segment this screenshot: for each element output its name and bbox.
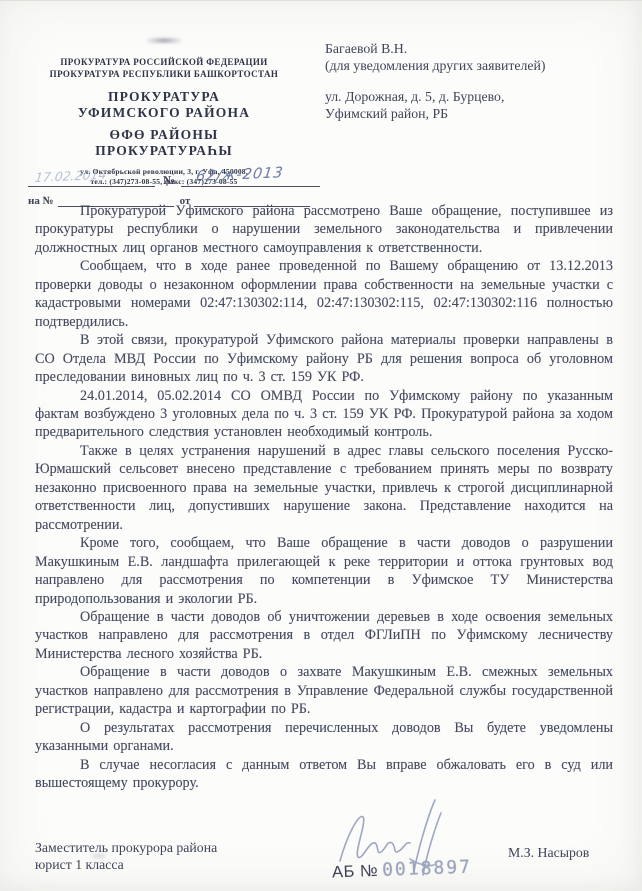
signatory-position: Заместитель прокурора района юрист 1 кла… xyxy=(35,839,217,873)
paragraph: 24.01.2014, 05.02.2014 СО ОМВД России по… xyxy=(35,387,613,442)
paragraph: Обращение в части доводов о захвате Маку… xyxy=(35,663,613,718)
handwritten-number: 62/ж-2013 xyxy=(195,165,285,185)
letterhead: ПРОКУРАТУРА РОССИЙСКОЙ ФЕДЕРАЦИИ ПРОКУРА… xyxy=(26,37,302,187)
outgoing-ref-row: 17.02.2014 № 62/ж-2013 xyxy=(28,167,320,187)
recipient-name: Багаевой В.Н. xyxy=(325,41,615,58)
title-ba-line-1: ӨФӨ РАЙОНЫ xyxy=(26,127,302,143)
scan-smudge xyxy=(92,853,106,859)
org-line-2: ПРОКУРАТУРА РЕСПУБЛИКИ БАШКОРТОСТАН xyxy=(26,69,302,81)
handwritten-date: 17.02.2014 xyxy=(34,167,107,185)
paragraph: В случае несогласия с данным ответом Вы … xyxy=(35,756,613,793)
recipient-note: (для уведомления других заявителей) xyxy=(325,58,615,75)
paragraph: Обращение в части доводов об уничтожении… xyxy=(35,608,613,663)
date-underline: 17.02.2014 xyxy=(28,168,155,187)
number-sign: № xyxy=(163,173,175,187)
recipient-block: Багаевой В.Н. (для уведомления других за… xyxy=(325,41,615,122)
recipient-address-1: ул. Дорожная, д. 5, д. Бурцево, xyxy=(325,89,615,106)
paragraph: О результатах рассмотрения перечисленных… xyxy=(35,719,613,756)
scanned-letter-page: ПРОКУРАТУРА РОССИЙСКОЙ ФЕДЕРАЦИИ ПРОКУРА… xyxy=(0,0,642,891)
paragraph: В этой связи, прокуратурой Уфимского рай… xyxy=(35,331,613,386)
paragraph: Кроме того, сообщаем, что Ваше обращение… xyxy=(35,534,613,608)
signatory-position-line-2: юрист 1 класса xyxy=(35,856,217,873)
signatory-name: М.З. Насыров xyxy=(508,845,589,861)
stamp-number: 0018897 xyxy=(382,857,473,881)
number-underline: 62/ж-2013 xyxy=(181,168,320,187)
recipient-address-2: Уфимский район, РБ xyxy=(325,106,615,123)
illegible-mark xyxy=(147,37,181,44)
stamp-label: АБ № xyxy=(332,862,379,882)
paragraph: Прокуратурой Уфимского района рассмотрен… xyxy=(35,202,613,257)
signatory-position-line-1: Заместитель прокурора района xyxy=(35,839,217,856)
org-line-1: ПРОКУРАТУРА РОССИЙСКОЙ ФЕДЕРАЦИИ xyxy=(26,57,302,69)
letter-body: Прокуратурой Уфимского района рассмотрен… xyxy=(35,202,613,793)
title-ru-line-1: ПРОКУРАТУРА xyxy=(26,89,302,105)
title-ba-line-2: ПРОКУРАТУРАҺЫ xyxy=(26,143,302,159)
title-ru-line-2: УФИМСКОГО РАЙОНА xyxy=(26,105,302,121)
paragraph: Сообщаем, что в ходе ранее проведенной п… xyxy=(35,257,613,331)
recipient-gap xyxy=(325,74,615,89)
paragraph: Также в целях устранения нарушений в адр… xyxy=(35,442,613,534)
